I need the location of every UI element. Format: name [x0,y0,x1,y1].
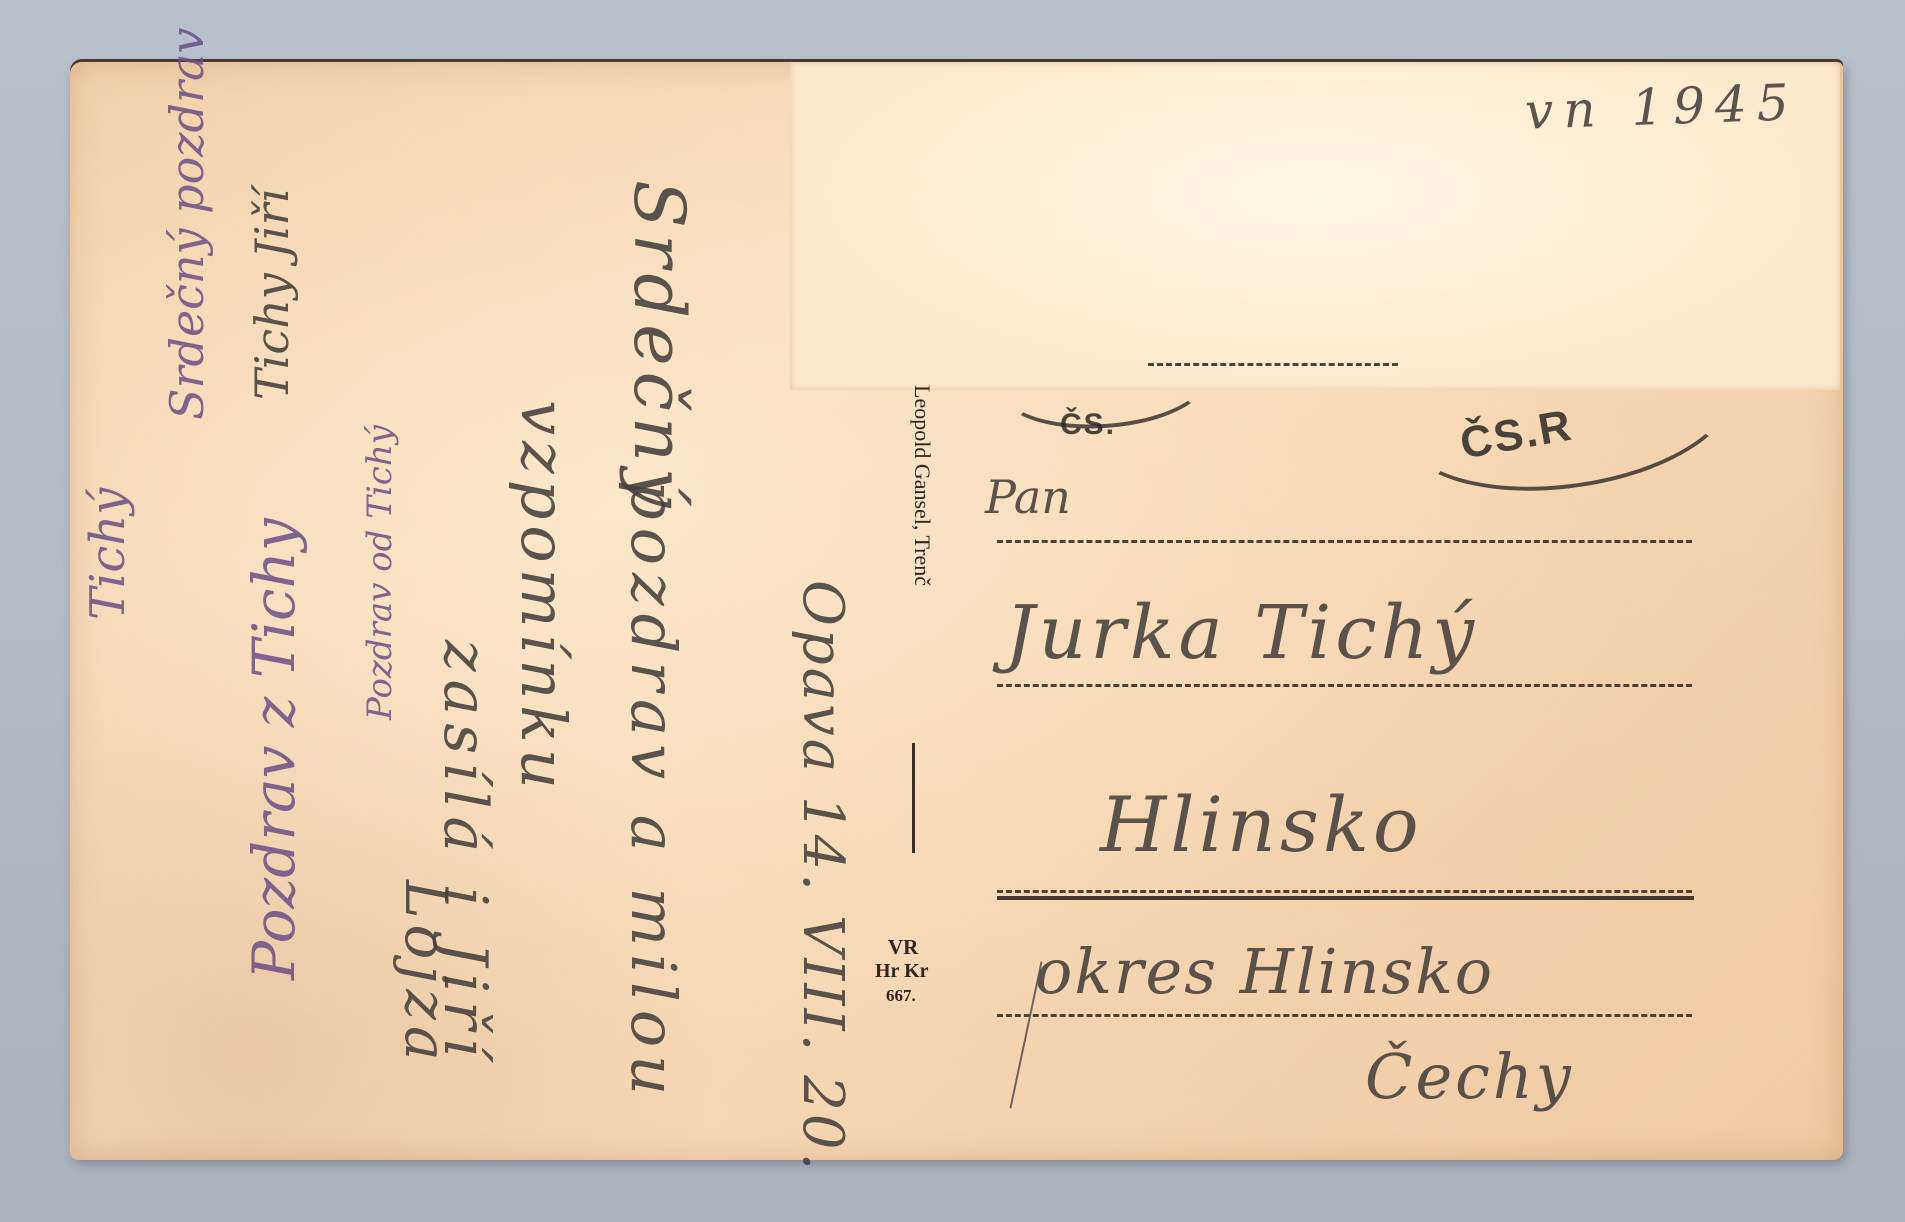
address-line-2 [997,684,1692,687]
message-line-5: Lojza [392,880,460,1067]
purple-note-5: Tichy Jiří [245,189,299,400]
message-line-1: Srdečný [618,180,700,513]
purple-note-4: Tichý [80,488,136,620]
address-line-3 [997,890,1692,893]
purple-note-3: Pozdrav z Tichy [240,518,308,980]
address-salutation: Pan [985,470,1071,524]
address-line-1 [997,540,1692,543]
print-code-2: Hr Kr [875,960,929,983]
address-name: Jurka Tichý [1005,590,1478,676]
address-town: Hlinsko [1100,780,1423,869]
postmark-left-text: ČS. [1060,408,1116,442]
purple-note-2: Srdečný pozdrav [160,28,214,420]
center-divider [912,743,915,853]
message-line-2: pozdrav a milou [617,480,690,1103]
purple-note-1: Pozdrav od Tichý [360,425,400,720]
message-date: Opava 14. VIII. 20. [790,580,855,1173]
print-code-3: 667. [886,986,916,1006]
publisher-imprint: Leopold Gansel, Trenč [909,385,935,586]
annotation-top-right: vn 1945 [1524,73,1799,141]
postcard-back [70,62,1843,1160]
address-line-4 [997,1014,1692,1017]
address-line-3-solid [997,896,1694,900]
address-district: okres Hlinsko [1035,935,1494,1008]
print-code-1: VR [888,935,918,960]
address-country: Čechy [1365,1040,1574,1113]
message-line-3: vzpomínku [507,400,580,795]
